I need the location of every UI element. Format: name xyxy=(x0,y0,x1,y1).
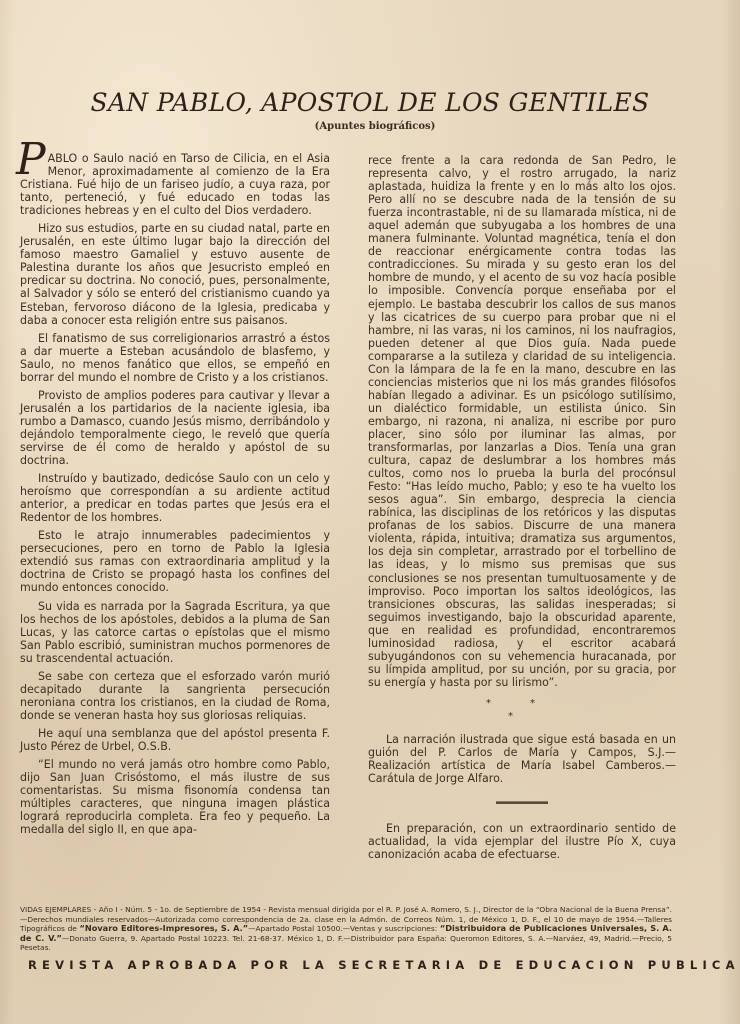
article-subtitle: (Apuntes biográficos) xyxy=(0,121,740,132)
left-column: PABLO o Saulo nació en Tarso de Cilicia,… xyxy=(20,152,330,841)
right-column: rece frente a la cara redonda de San Ped… xyxy=(368,154,676,866)
paragraph: Su vida es narrada por la Sagrada Escrit… xyxy=(20,600,330,665)
printer-name: “Novaro Editores-Impresores, S. A.” xyxy=(79,923,248,933)
paragraph: Hizo sus estudios, parte en su ciudad na… xyxy=(20,222,330,326)
paragraph: El fanatismo de sus correligionarios arr… xyxy=(20,332,330,384)
asterisk-icon: * xyxy=(486,697,491,710)
approval-banner: REVISTA APROBADA POR LA SECRETARIA DE ED… xyxy=(28,958,688,972)
credits-paragraph: La narración ilustrada que sigue está ba… xyxy=(368,733,676,785)
paragraph: He aquí una semblanza que del apóstol pr… xyxy=(20,727,330,753)
paragraph: Provisto de amplios poderes para cautiva… xyxy=(20,389,330,467)
asterisk-icon: * xyxy=(530,697,535,710)
paragraph-quote-start: “El mundo no verá jamás otro hombre como… xyxy=(20,758,330,836)
paragraph-text: ABLO o Saulo nació en Tarso de Cilicia, … xyxy=(20,152,330,217)
paragraph: Esto le atrajo innumerables padecimiento… xyxy=(20,529,330,594)
imprint-text: —Apartado Postal 10500.—Ventas y suscrip… xyxy=(248,924,440,933)
paragraph: Instruído y bautizado, dedicóse Saulo co… xyxy=(20,472,330,524)
article-title: SAN PABLO, APOSTOL DE LOS GENTILES xyxy=(0,88,740,117)
imprint-text: —Donato Guerra, 9. Apartado Postal 10223… xyxy=(20,934,672,953)
section-divider xyxy=(496,801,548,804)
paragraph-intro: PABLO o Saulo nació en Tarso de Cilicia,… xyxy=(20,152,330,217)
publication-imprint: VIDAS EJEMPLARES - Año I - Núm. 5 - 1o. … xyxy=(20,905,672,953)
paragraph-quote-continuation: rece frente a la cara redonda de San Ped… xyxy=(368,154,676,689)
asterisk-icon: * xyxy=(508,710,513,723)
asterism-ornament: * * * xyxy=(368,695,676,729)
magazine-page: SAN PABLO, APOSTOL DE LOS GENTILES (Apun… xyxy=(0,0,740,1024)
paragraph: Se sabe con certeza que el esforzado var… xyxy=(20,670,330,722)
drop-cap: P xyxy=(16,142,46,174)
announcement-paragraph: En preparación, con un extraordinario se… xyxy=(368,822,676,861)
